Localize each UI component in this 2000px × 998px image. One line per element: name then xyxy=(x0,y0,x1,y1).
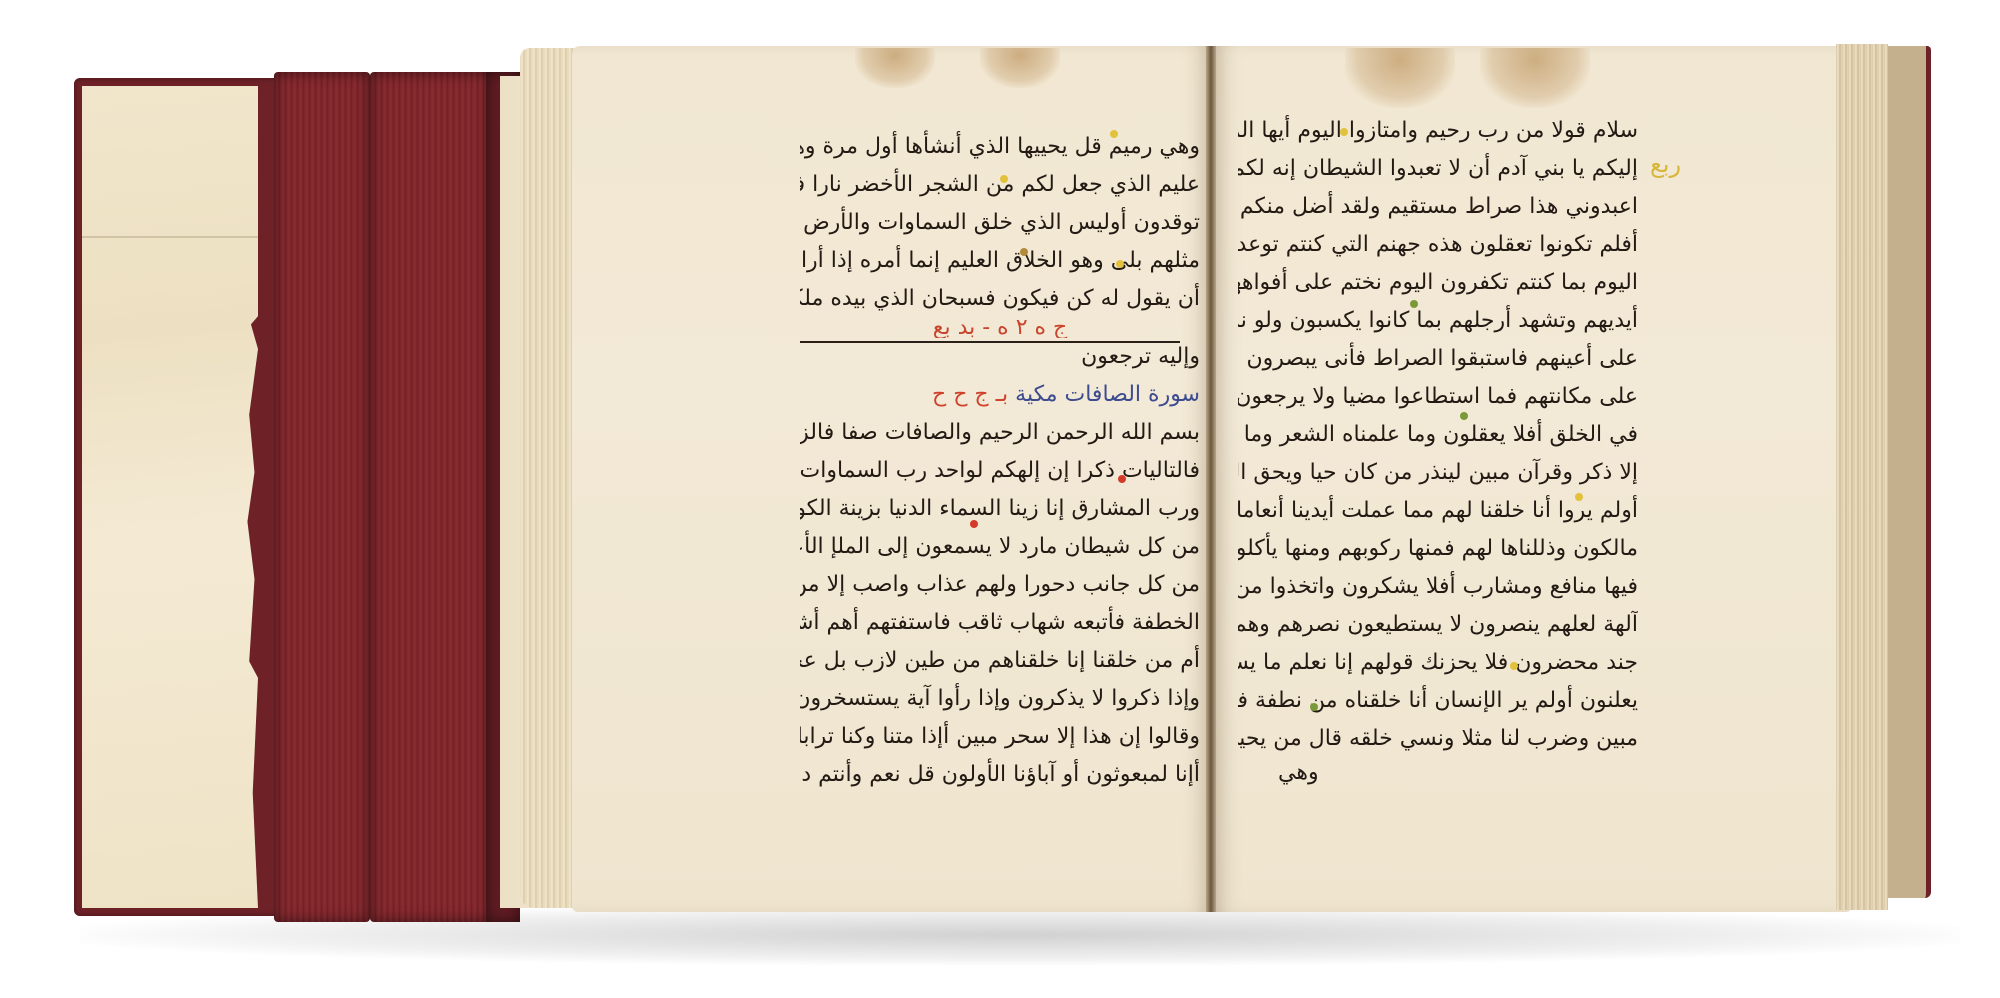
text-line: اعبدوني هذا صراط مستقيم ولقد أضل منكم جب… xyxy=(1238,188,1638,226)
text-line: أإنا لمبعوثون أو آباؤنا الأولون قل نعم و… xyxy=(800,756,1200,794)
text-line: عليم الذي جعل لكم من الشجر الأخضر نارا ف… xyxy=(800,166,1200,204)
vowel-dot xyxy=(1310,703,1318,711)
right-page-block-edges xyxy=(1836,44,1888,910)
text-line: اليوم بما كنتم تكفرون اليوم نختم على أفو… xyxy=(1238,264,1638,302)
text-line: وإذا ذكروا لا يذكرون وإذا رأوا آية يستسخ… xyxy=(800,680,1200,718)
paper-tear xyxy=(82,236,258,238)
fore-edge-flap-leather xyxy=(274,72,370,922)
vowel-dot xyxy=(1110,130,1118,138)
text-line: مثلهم بلى وهو الخلاق العليم إنما أمره إذ… xyxy=(800,242,1200,280)
text-line: إليكم يا بني آدم أن لا تعبدوا الشيطان إن… xyxy=(1238,150,1638,188)
text-line: جند محضرون فلا يحزنك قولهم إنا نعلم ما ي… xyxy=(1238,644,1638,682)
left-page-text: وهي رميم قل يحييها الذي أنشأها أول مرة و… xyxy=(800,128,1200,794)
back-cover xyxy=(1888,46,1931,898)
text-line: يعلنون أولم ير الإنسان أنا خلقناه من نطف… xyxy=(1238,682,1638,720)
text-line: مالكون وذللناها لهم فمنها ركوبهم ومنها ي… xyxy=(1238,530,1638,568)
text-line: ورب المشارق إنا زينا السماء الدنيا بزينة… xyxy=(800,490,1200,528)
vowel-dot xyxy=(1000,175,1008,183)
text-line: فالتاليات ذكرا إن إلهكم لواحد رب السماوا… xyxy=(800,452,1200,490)
text-line: وهي رميم قل يحييها الذي أنشأها أول مرة و… xyxy=(800,128,1200,166)
text-line: في الخلق أفلا يعقلون وما علمناه الشعر وم… xyxy=(1238,416,1638,454)
book-gutter xyxy=(1206,46,1216,912)
vowel-dot xyxy=(970,520,978,528)
text-line: أن يقول له كن فيكون فسبحان الذي بيده ملك… xyxy=(800,280,1200,318)
water-stain xyxy=(855,48,935,88)
manuscript-photo: وهي رميم قل يحييها الذي أنشأها أول مرة و… xyxy=(0,0,2000,998)
vowel-dot xyxy=(1410,300,1418,308)
text-line: من كل جانب دحورا ولهم عذاب واصب إلا من خ… xyxy=(800,566,1200,604)
vowel-dot xyxy=(1460,412,1468,420)
text-line: سلام قولا من رب رحيم وامتازوا اليوم أيها… xyxy=(1238,112,1638,150)
surah-title: سورة الصافات مكية xyxy=(1015,382,1200,407)
text-line: إلا ذكر وقرآن مبين لينذر من كان حيا ويحق… xyxy=(1238,454,1638,492)
text-line: فيها منافع ومشارب أفلا يشكرون واتخذوا من… xyxy=(1238,568,1638,606)
surah-red-note: بـ ج ح ح xyxy=(932,382,1008,407)
text-line: بسم الله الرحمن الرحيم والصافات صفا فالز… xyxy=(800,414,1200,452)
vowel-dot xyxy=(1116,260,1124,268)
water-stain xyxy=(1480,48,1590,108)
vowel-dot xyxy=(1020,248,1028,256)
catchword: وهي xyxy=(1278,760,1319,785)
envelope-flap-doublure xyxy=(82,86,258,908)
text-line: الخطفة فأتبعه شهاب ثاقب فاستفتهم أهم أشد… xyxy=(800,604,1200,642)
text-line: على أعينهم فاستبقوا الصراط فأنى يبصرون و… xyxy=(1238,340,1638,378)
vowel-dot xyxy=(1575,493,1583,501)
verse-count-note: ج ه ٢ ه - بد بع xyxy=(800,318,1200,338)
text-line: أفلم تكونوا تعقلون هذه جهنم التي كنتم تو… xyxy=(1238,226,1638,264)
left-page-block-edges xyxy=(520,48,580,908)
rub-marginal-mark: ربع xyxy=(1650,150,1681,178)
vowel-dot xyxy=(1118,475,1126,483)
text-line: أيديهم وتشهد أرجلهم بما كانوا يكسبون ولو… xyxy=(1238,302,1638,340)
text-line: على مكانتهم فما استطاعوا مضيا ولا يرجعون… xyxy=(1238,378,1638,416)
right-page-text: سلام قولا من رب رحيم وامتازوا اليوم أيها… xyxy=(1238,112,1638,758)
water-stain xyxy=(1345,48,1455,108)
surah-heading: سورة الصافات مكية بـ ج ح ح xyxy=(800,376,1200,414)
water-stain xyxy=(980,48,1060,88)
text-line: من كل شيطان مارد لا يسمعون إلى الملإ الأ… xyxy=(800,528,1200,566)
text-line: توقدون أوليس الذي خلق السماوات والأرض بق… xyxy=(800,204,1200,242)
front-cover-leather xyxy=(370,72,490,922)
text-line: آلهة لعلهم ينصرون لا يستطيعون نصرهم وهم … xyxy=(1238,606,1638,644)
text-line: أم من خلقنا إنا خلقناهم من طين لازب بل ع… xyxy=(800,642,1200,680)
text-line: وإليه ترجعون xyxy=(800,338,1200,376)
vowel-dot xyxy=(1340,128,1348,136)
text-line: وقالوا إن هذا إلا سحر مبين أإذا متنا وكن… xyxy=(800,718,1200,756)
text-line: مبين وضرب لنا مثلا ونسي خلقه قال من يحيي… xyxy=(1238,720,1638,758)
vowel-dot xyxy=(1510,662,1518,670)
surah-end-rule xyxy=(800,341,1180,343)
